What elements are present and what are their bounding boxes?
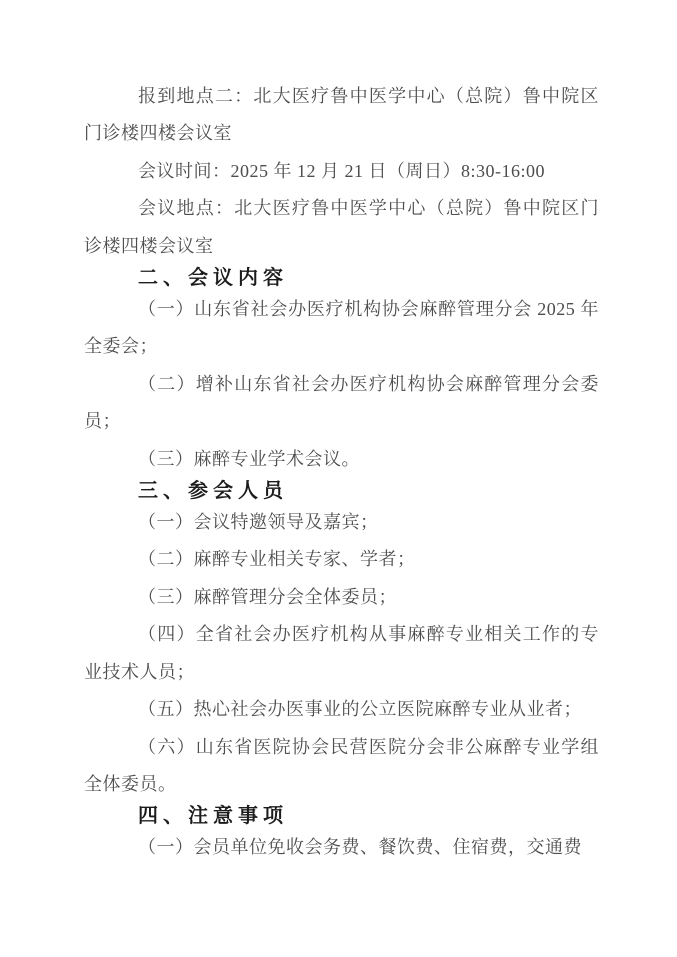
para-participants-item-4: （四）全省社会办医疗机构从事麻醉专业相关工作的专业技术人员； [84,616,599,691]
heading-section-4-notes: 四、注意事项 [84,803,599,829]
heading-section-3-participants: 三、参会人员 [84,478,599,504]
para-checkin-location-2: 报到地点二：北大医疗鲁中医学中心（总院）鲁中院区门诊楼四楼会议室 [84,78,599,153]
para-participants-item-1: （一）会议特邀领导及嘉宾； [84,504,599,541]
para-participants-item-3: （三）麻醉管理分会全体委员； [84,579,599,616]
para-participants-item-6: （六）山东省医院协会民营医院分会非公麻醉专业学组全体委员。 [84,729,599,804]
heading-section-2-meeting-content: 二、会议内容 [84,265,599,291]
document-page: 报到地点二：北大医疗鲁中医学中心（总院）鲁中院区门诊楼四楼会议室 会议时间：20… [0,0,677,957]
para-meeting-time: 会议时间：2025 年 12 月 21 日（周日）8:30-16:00 [84,153,599,190]
para-content-item-2: （二）增补山东省社会办医疗机构协会麻醉管理分会委员； [84,366,599,441]
para-notes-item-1: （一）会员单位免收会务费、餐饮费、住宿费，交通费 [84,829,599,866]
para-meeting-location: 会议地点：北大医疗鲁中医学中心（总院）鲁中院区门诊楼四楼会议室 [84,190,599,265]
para-content-item-1: （一）山东省社会办医疗机构协会麻醉管理分会 2025 年全委会； [84,291,599,366]
para-participants-item-5: （五）热心社会办医事业的公立医院麻醉专业从业者； [84,691,599,728]
para-content-item-3: （三）麻醉专业学术会议。 [84,441,599,478]
para-participants-item-2: （二）麻醉专业相关专家、学者； [84,541,599,578]
